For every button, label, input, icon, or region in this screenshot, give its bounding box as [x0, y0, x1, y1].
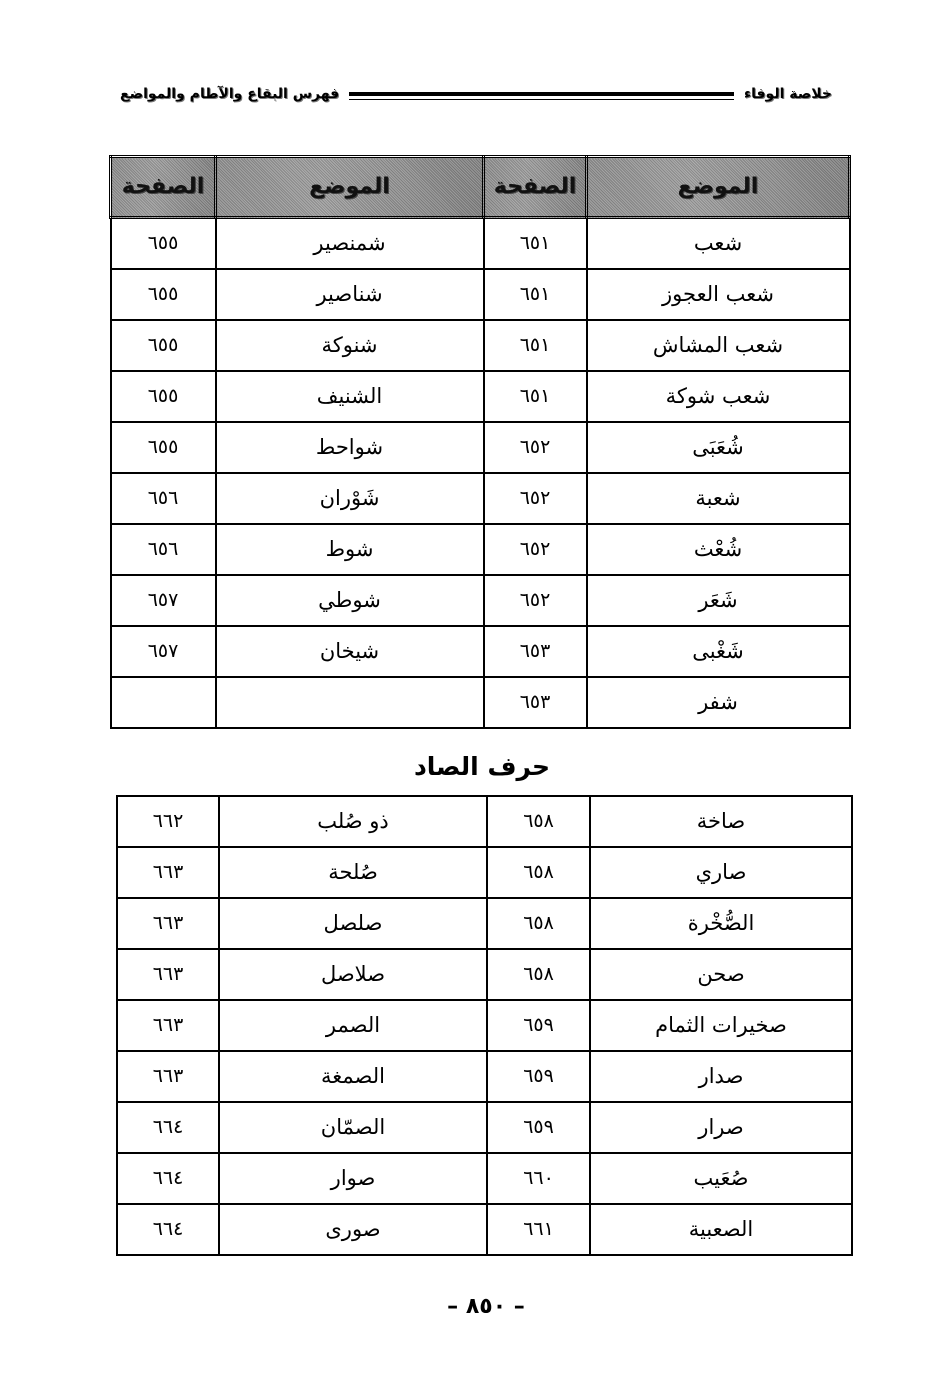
place-cell: الصمغة	[219, 1051, 487, 1102]
page-cell: ٦٥٨	[487, 898, 590, 949]
table-header-row: الموضع الصفحة الموضع الصفحة	[111, 157, 850, 218]
page-cell: ٦٥٥	[111, 422, 216, 473]
page-cell: ٦٥٨	[487, 796, 590, 847]
place-cell: صاري	[590, 847, 852, 898]
table-row: شُعْث ٦٥٢ شوط ٦٥٦	[111, 524, 850, 575]
table-row: شفر ٦٥٣	[111, 677, 850, 728]
table-row: شُعَبَى ٦٥٢ شواحط ٦٥٥	[111, 422, 850, 473]
place-cell: شواحط	[216, 422, 484, 473]
page-cell-empty	[111, 677, 216, 728]
place-cell: شمنصير	[216, 218, 484, 270]
place-cell: شعب المشاش	[587, 320, 850, 371]
page-cell: ٦٦٤	[117, 1204, 219, 1255]
page-cell: ٦٥٧	[111, 575, 216, 626]
page-cell: ٦٥١	[484, 371, 587, 422]
table-row: شعب شوكة ٦٥١ الشنيف ٦٥٥	[111, 371, 850, 422]
page-cell: ٦٥٨	[487, 847, 590, 898]
place-cell: صدار	[590, 1051, 852, 1102]
table-row: صخيرات الثمام ٦٥٩ الصمر ٦٦٣	[117, 1000, 852, 1051]
place-cell: شنوكة	[216, 320, 484, 371]
place-cell: صُعَيب	[590, 1153, 852, 1204]
table-row: شعب المشاش ٦٥١ شنوكة ٦٥٥	[111, 320, 850, 371]
place-cell: الصمّان	[219, 1102, 487, 1153]
page-cell: ٦٦٣	[117, 949, 219, 1000]
section-title: فهرس البقاع والآطام والمواضع	[120, 86, 339, 102]
place-cell: شوطي	[216, 575, 484, 626]
page-cell: ٦٥٢	[484, 524, 587, 575]
place-cell: صاخة	[590, 796, 852, 847]
place-cell-empty	[216, 677, 484, 728]
page-cell: ٦٥٦	[111, 473, 216, 524]
place-cell: شعب	[587, 218, 850, 270]
page-cell: ٦٥١	[484, 218, 587, 270]
page-cell: ٦٥٣	[484, 626, 587, 677]
page-cell: ٦٥٥	[111, 218, 216, 270]
book-title: خلاصة الوفاء	[744, 86, 832, 102]
page-cell: ٦٦٢	[117, 796, 219, 847]
place-cell: شعبة	[587, 473, 850, 524]
index-table-sad: صاخة ٦٥٨ ذو صُلب ٦٦٢ صاري ٦٥٨ صُلحة ٦٦٣ …	[116, 795, 853, 1256]
table-row: شعب العجوز ٦٥١ شناصير ٦٥٥	[111, 269, 850, 320]
place-cell: شَوْران	[216, 473, 484, 524]
table-row: شعب ٦٥١ شمنصير ٦٥٥	[111, 218, 850, 270]
place-cell: الصعبية	[590, 1204, 852, 1255]
page-cell: ٦٦٣	[117, 1000, 219, 1051]
place-cell: شَغْبى	[587, 626, 850, 677]
page-cell: ٦٦٣	[117, 1051, 219, 1102]
place-cell: صُلحة	[219, 847, 487, 898]
column-header-place: الموضع	[587, 157, 850, 218]
table-row: صدار ٦٥٩ الصمغة ٦٦٣	[117, 1051, 852, 1102]
page-number: – ٨٥٠ –	[0, 1294, 948, 1319]
table-row: صاخة ٦٥٨ ذو صُلب ٦٦٢	[117, 796, 852, 847]
table-row: شَغْبى ٦٥٣ شيخان ٦٥٧	[111, 626, 850, 677]
place-cell: صلاصل	[219, 949, 487, 1000]
page-cell: ٦٥٢	[484, 575, 587, 626]
place-cell: ذو صُلب	[219, 796, 487, 847]
page-cell: ٦٦٤	[117, 1153, 219, 1204]
table-row: الصُّخْرة ٦٥٨ صلصل ٦٦٣	[117, 898, 852, 949]
page-cell: ٦٥٩	[487, 1000, 590, 1051]
place-cell: شعب العجوز	[587, 269, 850, 320]
page-cell: ٦٦٠	[487, 1153, 590, 1204]
table-row: صحن ٦٥٨ صلاصل ٦٦٣	[117, 949, 852, 1000]
page-cell: ٦٥٥	[111, 320, 216, 371]
place-cell: الصمر	[219, 1000, 487, 1051]
page-cell: ٦٥٢	[484, 473, 587, 524]
page-cell: ٦٥٥	[111, 371, 216, 422]
place-cell: الصُّخْرة	[590, 898, 852, 949]
page-cell: ٦٥١	[484, 269, 587, 320]
place-cell: صرار	[590, 1102, 852, 1153]
page-cell: ٦٦٣	[117, 847, 219, 898]
section-heading-sad: حرف الصاد	[0, 752, 948, 781]
table-row: صاري ٦٥٨ صُلحة ٦٦٣	[117, 847, 852, 898]
page-cell: ٦٥٣	[484, 677, 587, 728]
place-cell: صخيرات الثمام	[590, 1000, 852, 1051]
page-cell: ٦٦٤	[117, 1102, 219, 1153]
place-cell: صلصل	[219, 898, 487, 949]
place-cell: صحن	[590, 949, 852, 1000]
running-header: خلاصة الوفاء فهرس البقاع والآطام والمواض…	[120, 82, 832, 106]
place-cell: شوط	[216, 524, 484, 575]
page-cell: ٦٥٦	[111, 524, 216, 575]
place-cell: شَعَر	[587, 575, 850, 626]
page-cell: ٦٥٩	[487, 1051, 590, 1102]
place-cell: شُعَبَى	[587, 422, 850, 473]
place-cell: شُعْث	[587, 524, 850, 575]
place-cell: شعب شوكة	[587, 371, 850, 422]
index-table-shin: الموضع الصفحة الموضع الصفحة شعب ٦٥١ شمنص…	[109, 155, 851, 729]
table-row: صرار ٦٥٩ الصمّان ٦٦٤	[117, 1102, 852, 1153]
table-row: صُعَيب ٦٦٠ صوار ٦٦٤	[117, 1153, 852, 1204]
page-cell: ٦٦٣	[117, 898, 219, 949]
table-row: شَعَر ٦٥٢ شوطي ٦٥٧	[111, 575, 850, 626]
page-cell: ٦٥٥	[111, 269, 216, 320]
page-cell: ٦٥٧	[111, 626, 216, 677]
header-rule	[349, 92, 734, 100]
place-cell: شفر	[587, 677, 850, 728]
table-row: الصعبية ٦٦١ صورى ٦٦٤	[117, 1204, 852, 1255]
place-cell: صوار	[219, 1153, 487, 1204]
column-header-place: الموضع	[216, 157, 484, 218]
column-header-page: الصفحة	[111, 157, 216, 218]
page-cell: ٦٥١	[484, 320, 587, 371]
page-cell: ٦٦١	[487, 1204, 590, 1255]
place-cell: شناصير	[216, 269, 484, 320]
place-cell: شيخان	[216, 626, 484, 677]
page-cell: ٦٥٨	[487, 949, 590, 1000]
table-row: شعبة ٦٥٢ شَوْران ٦٥٦	[111, 473, 850, 524]
place-cell: الشنيف	[216, 371, 484, 422]
place-cell: صورى	[219, 1204, 487, 1255]
page-cell: ٦٥٢	[484, 422, 587, 473]
page-cell: ٦٥٩	[487, 1102, 590, 1153]
column-header-page: الصفحة	[484, 157, 587, 218]
